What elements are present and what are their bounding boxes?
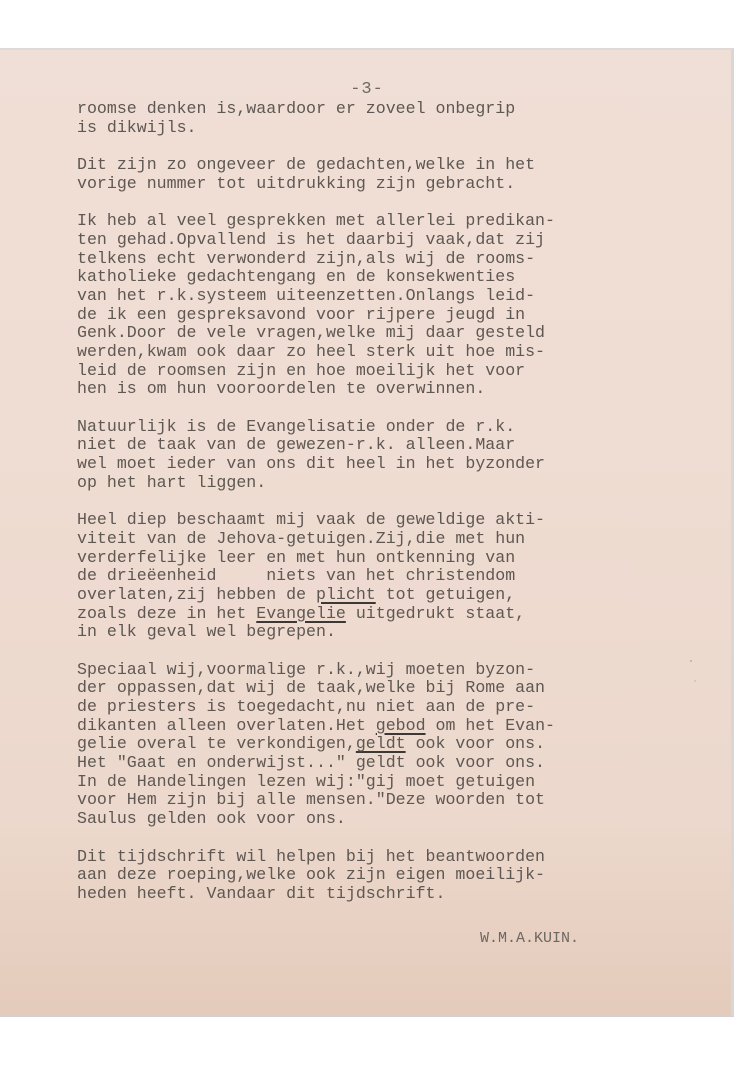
text-line: leid de roomsen zijn en hoe moeilijk het… <box>77 362 697 381</box>
text-line: hen is om hun vooroordelen te overwinnen… <box>77 380 697 399</box>
text-line: In de Handelingen lezen wij:"gij moet ge… <box>77 773 697 792</box>
paragraph: Ik heb al veel gesprekken met allerlei p… <box>77 212 697 399</box>
page-number: -3- <box>0 80 734 99</box>
text-line: Ik heb al veel gesprekken met allerlei p… <box>77 212 697 231</box>
author-signature: W.M.A.KUIN. <box>480 930 579 947</box>
text-line: der oppassen,dat wij de taak,welke bij R… <box>77 679 697 698</box>
text-line: de priesters is toegedacht,nu niet aan d… <box>77 698 697 717</box>
text-line: overlaten,zij hebben de plicht tot getui… <box>77 586 697 605</box>
text-line: Dit zijn zo ongeveer de gedachten,welke … <box>77 156 697 175</box>
text-line: dikanten alleen overlaten.Het gebod om h… <box>77 717 697 736</box>
text-line: is dikwijls. <box>77 119 697 138</box>
text-line: gelie overal te verkondigen,geldt ook vo… <box>77 735 697 754</box>
text-line: Genk.Door de vele vragen,welke mij daar … <box>77 324 697 343</box>
text-line: vorige nummer tot uitdrukking zijn gebra… <box>77 175 697 194</box>
text-line: voor Hem zijn bij alle mensen."Deze woor… <box>77 791 697 810</box>
text-line: telkens echt verwonderd zijn,als wij de … <box>77 250 697 269</box>
text-line: Speciaal wij,voormalige r.k.,wij moeten … <box>77 661 697 680</box>
paper-speck <box>694 680 696 682</box>
text-line: ten gehad.Opvallend is het daarbij vaak,… <box>77 231 697 250</box>
underlined-word: Evangelie <box>256 604 346 623</box>
underlined-word: geldt <box>356 734 406 753</box>
document-page: -3- roomse denken is,waardoor er zoveel … <box>0 48 734 1017</box>
text-line: Dit tijdschrift wil helpen bij het beant… <box>77 848 697 867</box>
text-line: de drieëenheid niets van het christendom <box>77 567 697 586</box>
text-line: Heel diep beschaamt mij vaak de geweldig… <box>77 511 697 530</box>
text-line: in elk geval wel begrepen. <box>77 623 697 642</box>
text-line: op het hart liggen. <box>77 474 697 493</box>
paper-speck <box>690 660 692 662</box>
text-line: viteit van de Jehova-getuigen.Zij,die me… <box>77 530 697 549</box>
text-line: Natuurlijk is de Evangelisatie onder de … <box>77 418 697 437</box>
text-line: Het "Gaat en onderwijst..." geldt ook vo… <box>77 754 697 773</box>
paragraph: roomse denken is,waardoor er zoveel onbe… <box>77 100 697 137</box>
document-body: roomse denken is,waardoor er zoveel onbe… <box>77 100 697 922</box>
text-line: werden,kwam ook daar zo heel sterk uit h… <box>77 343 697 362</box>
paragraph: Dit zijn zo ongeveer de gedachten,welke … <box>77 156 697 193</box>
text-line: aan deze roeping,welke ook zijn eigen mo… <box>77 866 697 885</box>
text-line: heden heeft. Vandaar dit tijdschrift. <box>77 885 697 904</box>
underlined-word: gebod <box>376 716 426 735</box>
paragraph: Speciaal wij,voormalige r.k.,wij moeten … <box>77 661 697 829</box>
paragraph: Heel diep beschaamt mij vaak de geweldig… <box>77 511 697 642</box>
text-line: van het r.k.systeem uiteenzetten.Onlangs… <box>77 287 697 306</box>
text-line: niet de taak van de gewezen-r.k. alleen.… <box>77 436 697 455</box>
text-line: de ik een gespreksavond voor rijpere jeu… <box>77 306 697 325</box>
text-line: Saulus gelden ook voor ons. <box>77 810 697 829</box>
underlined-word: plicht <box>316 585 376 604</box>
text-line: wel moet ieder van ons dit heel in het b… <box>77 455 697 474</box>
text-line: katholieke gedachtengang en de konsekwen… <box>77 268 697 287</box>
paragraph: Dit tijdschrift wil helpen bij het beant… <box>77 848 697 904</box>
text-line: roomse denken is,waardoor er zoveel onbe… <box>77 100 697 119</box>
text-line: zoals deze in het Evangelie uitgedrukt s… <box>77 605 697 624</box>
text-line: verderfelijke leer en met hun ontkenning… <box>77 549 697 568</box>
paragraph: Natuurlijk is de Evangelisatie onder de … <box>77 418 697 493</box>
